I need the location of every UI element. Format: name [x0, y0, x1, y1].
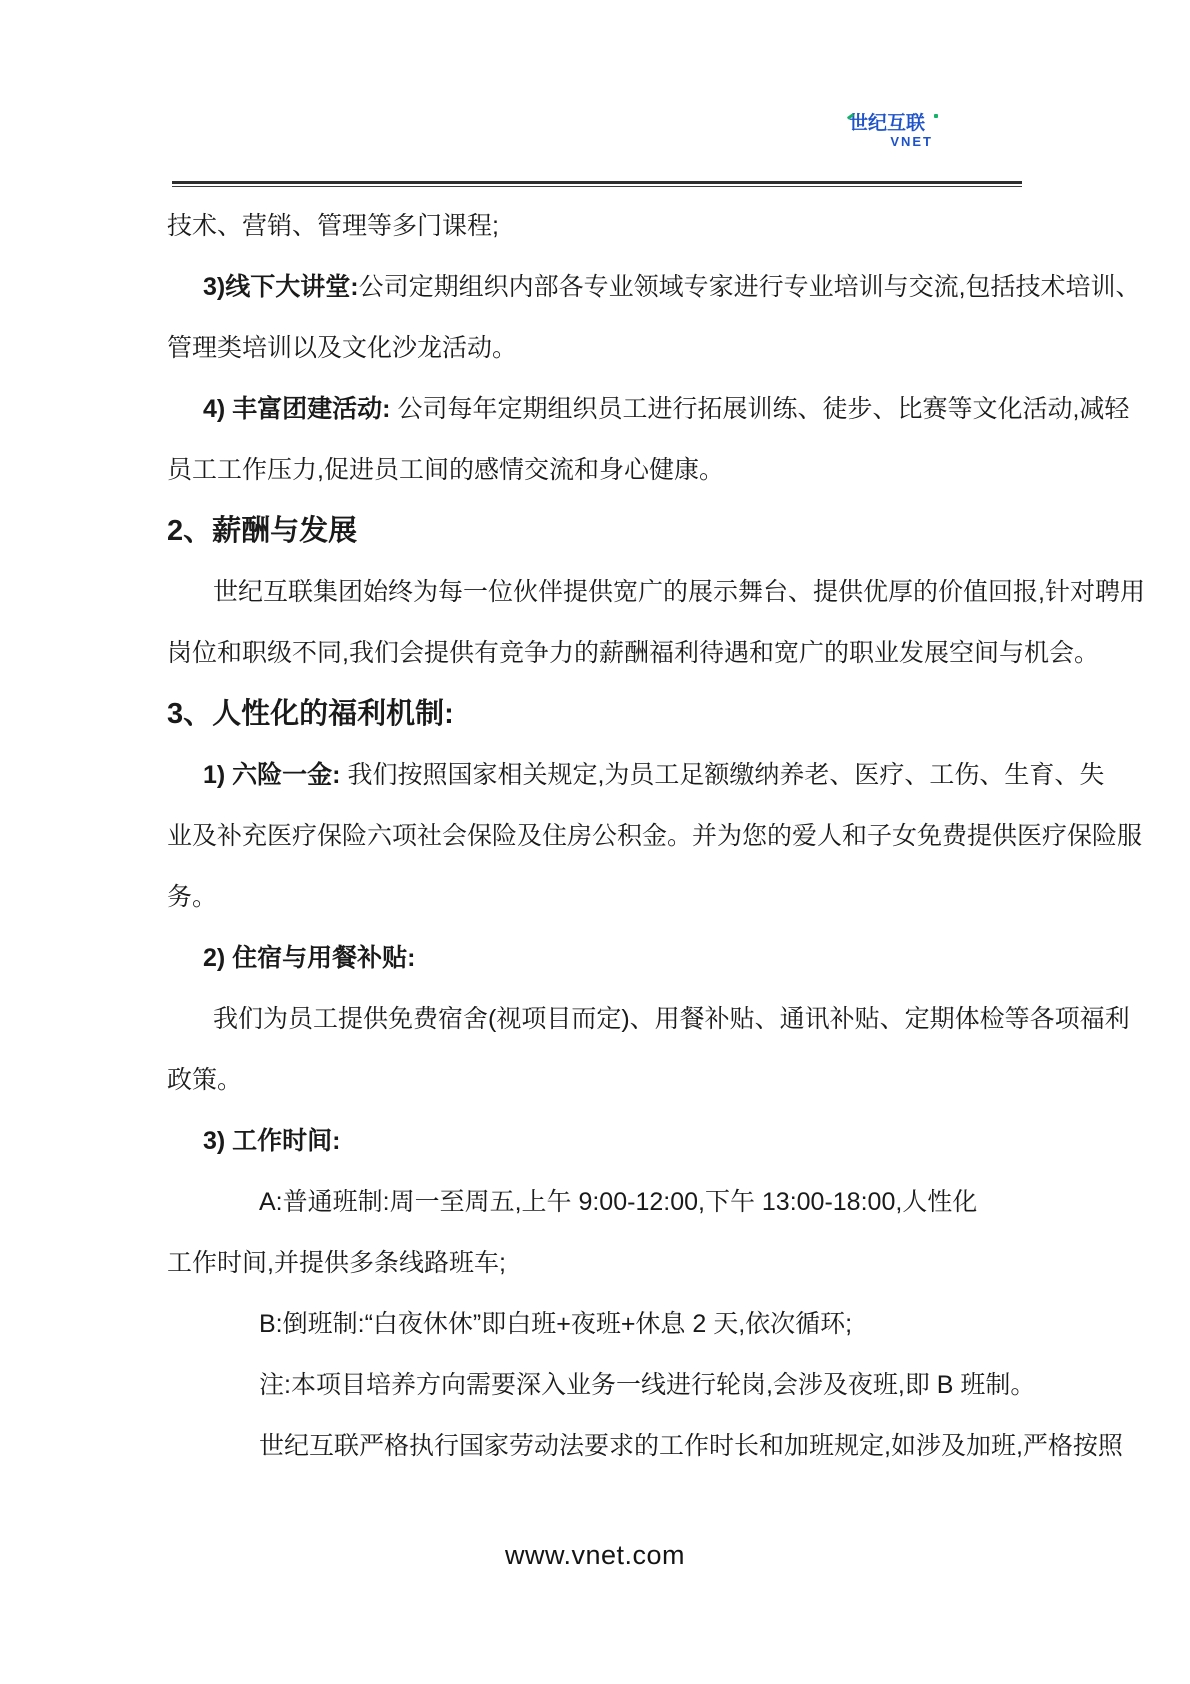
- section-heading-compensation: 2、薪酬与发展: [167, 501, 1023, 562]
- line-lead: 4) 丰富团建活动:: [203, 395, 391, 423]
- line-text: 世纪互联集团始终为每一位伙伴提供宽广的展示舞台、提供优厚的价值回报,针对聘用: [213, 578, 1145, 606]
- line-text: 岗位和职级不同,我们会提供有竞争力的薪酬福利待遇和宽广的职业发展空间与机会。: [167, 639, 1099, 667]
- paragraph-line: 员工工作压力,促进员工间的感情交流和身心健康。: [167, 440, 1023, 501]
- paragraph-line: 技术、营销、管理等多门课程;: [167, 196, 1023, 257]
- logo-chinese-text: 世纪互联: [849, 114, 933, 133]
- document-page: 世纪互联 VNET 技术、营销、管理等多门课程; 3)线下大讲堂:公司定期组织内…: [0, 0, 1190, 1684]
- line-text: B:倒班制:“白夜休休”即白班+夜班+休息 2 天,依次循环;: [259, 1310, 852, 1338]
- line-text: 公司定期组织内部各专业领域专家进行专业培训与交流,包括技术培训、: [359, 273, 1141, 301]
- line-text: 政策。: [167, 1066, 242, 1094]
- heading-text: 2、薪酬与发展: [167, 515, 357, 547]
- paragraph-line: 3)线下大讲堂:公司定期组织内部各专业领域专家进行专业培训与交流,包括技术培训、: [167, 257, 1023, 318]
- paragraph-line: 世纪互联集团始终为每一位伙伴提供宽广的展示舞台、提供优厚的价值回报,针对聘用: [167, 562, 1023, 623]
- line-text: 公司每年定期组织员工进行拓展训练、徒步、比赛等文化活动,减轻: [391, 395, 1130, 423]
- logo-green-dot-icon: [934, 114, 938, 118]
- section-heading-benefits: 3、人性化的福利机制:: [167, 684, 1023, 745]
- paragraph-line: 工作时间,并提供多条线路班车;: [167, 1233, 1023, 1294]
- paragraph-line: 2) 住宿与用餐补贴:: [167, 928, 1023, 989]
- paragraph-line: 我们为员工提供免费宿舍(视项目而定)、用餐补贴、通讯补贴、定期体检等各项福利: [167, 989, 1023, 1050]
- footer-url: www.vnet.com: [0, 1540, 1190, 1571]
- vnet-logo: 世纪互联 VNET: [849, 114, 933, 148]
- line-text: 员工工作压力,促进员工间的感情交流和身心健康。: [167, 456, 724, 484]
- heading-text: 3、人性化的福利机制:: [167, 698, 454, 730]
- paragraph-line: 4) 丰富团建活动: 公司每年定期组织员工进行拓展训练、徒步、比赛等文化活动,减…: [167, 379, 1023, 440]
- line-lead: 2) 住宿与用餐补贴:: [203, 944, 416, 972]
- header-rule: [172, 181, 1022, 187]
- paragraph-line: 管理类培训以及文化沙龙活动。: [167, 318, 1023, 379]
- paragraph-line: 世纪互联严格执行国家劳动法要求的工作时长和加班规定,如涉及加班,严格按照: [167, 1416, 1023, 1477]
- line-lead: 3) 工作时间:: [203, 1127, 341, 1155]
- line-lead: 1) 六险一金:: [203, 761, 341, 789]
- line-lead: 3)线下大讲堂:: [203, 273, 359, 301]
- document-body: 技术、营销、管理等多门课程; 3)线下大讲堂:公司定期组织内部各专业领域专家进行…: [167, 196, 1023, 1477]
- paragraph-line: 3) 工作时间:: [167, 1111, 1023, 1172]
- line-text: 业及补充医疗保险六项社会保险及住房公积金。并为您的爱人和子女免费提供医疗保险服: [167, 822, 1142, 850]
- paragraph-line: B:倒班制:“白夜休休”即白班+夜班+休息 2 天,依次循环;: [167, 1294, 1023, 1355]
- line-text: 技术、营销、管理等多门课程;: [167, 212, 499, 240]
- paragraph-line: 岗位和职级不同,我们会提供有竞争力的薪酬福利待遇和宽广的职业发展空间与机会。: [167, 623, 1023, 684]
- line-text: 管理类培训以及文化沙龙活动。: [167, 334, 517, 362]
- line-text: 务。: [167, 883, 217, 911]
- paragraph-line: 注:本项目培养方向需要深入业务一线进行轮岗,会涉及夜班,即 B 班制。: [167, 1355, 1023, 1416]
- paragraph-line: 政策。: [167, 1050, 1023, 1111]
- paragraph-line: 业及补充医疗保险六项社会保险及住房公积金。并为您的爱人和子女免费提供医疗保险服: [167, 806, 1023, 867]
- line-text: 我们为员工提供免费宿舍(视项目而定)、用餐补贴、通讯补贴、定期体检等各项福利: [213, 1005, 1130, 1033]
- paragraph-line: 1) 六险一金: 我们按照国家相关规定,为员工足额缴纳养老、医疗、工伤、生育、失: [167, 745, 1023, 806]
- line-text: 世纪互联严格执行国家劳动法要求的工作时长和加班规定,如涉及加班,严格按照: [259, 1432, 1123, 1460]
- line-text: A:普通班制:周一至周五,上午 9:00-12:00,下午 13:00-18:0…: [259, 1188, 977, 1216]
- paragraph-line: A:普通班制:周一至周五,上午 9:00-12:00,下午 13:00-18:0…: [167, 1172, 1023, 1233]
- line-text: 注:本项目培养方向需要深入业务一线进行轮岗,会涉及夜班,即 B 班制。: [259, 1371, 1035, 1399]
- logo-vnet-text: VNET: [849, 135, 933, 148]
- line-text: 我们按照国家相关规定,为员工足额缴纳养老、医疗、工伤、生育、失: [341, 761, 1105, 789]
- line-text: 工作时间,并提供多条线路班车;: [167, 1249, 506, 1277]
- paragraph-line: 务。: [167, 867, 1023, 928]
- logo-cn-label: 世纪互联: [849, 113, 925, 134]
